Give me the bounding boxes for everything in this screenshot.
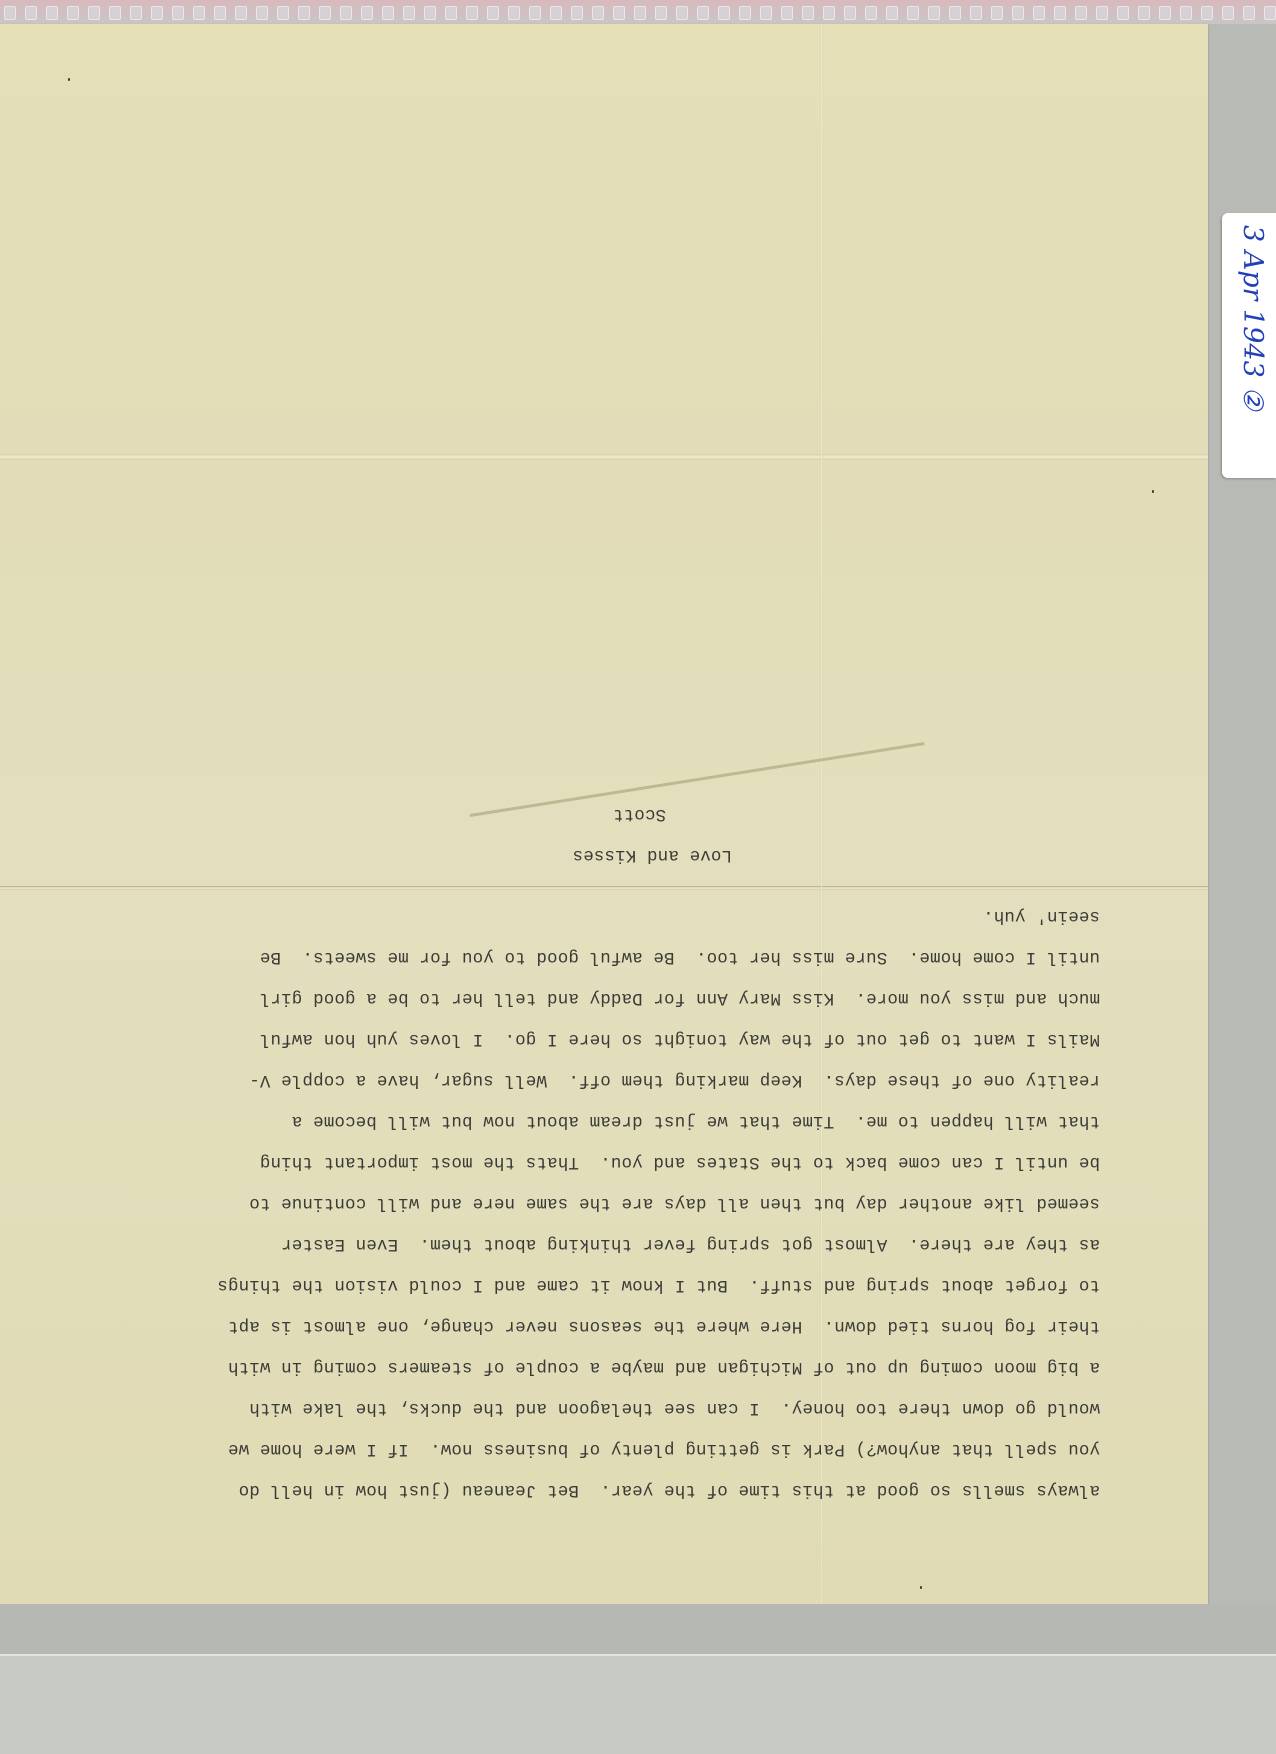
perforation-hole	[844, 6, 856, 20]
perforation-hole	[970, 6, 982, 20]
perforation-hole	[487, 6, 499, 20]
perforation-hole	[193, 6, 205, 20]
sleeve-perforations	[0, 6, 1276, 20]
letter-text-block: always smells so good at this time of th…	[88, 770, 1100, 1510]
letter-signature: Scott	[88, 793, 1100, 834]
letter-line: reality one of these days. Keep marking …	[88, 1059, 1100, 1100]
letter-line: to forget about spring and stuff. But I …	[88, 1264, 1100, 1305]
perforation-hole	[907, 6, 919, 20]
letter-line: a big moon coming up out of Michigan and…	[88, 1346, 1100, 1387]
sleeve-top-edge	[0, 0, 1276, 26]
perforation-hole	[445, 6, 457, 20]
perforation-hole	[1117, 6, 1129, 20]
perforation-hole	[298, 6, 310, 20]
sleeve-bottom-strip	[0, 1604, 1276, 1656]
perforation-hole	[718, 6, 730, 20]
archive-date-text: 3 Apr 1943 ②	[1237, 225, 1268, 411]
perforation-hole	[88, 6, 100, 20]
perforation-hole	[277, 6, 289, 20]
letter-line: seemed like another day but then all day…	[88, 1182, 1100, 1223]
perforation-hole	[592, 6, 604, 20]
letter-closing: Love and Kisses	[88, 834, 1100, 875]
perforation-hole	[25, 6, 37, 20]
perforation-hole	[886, 6, 898, 20]
perforation-hole	[529, 6, 541, 20]
perforation-hole	[949, 6, 961, 20]
perforation-hole	[151, 6, 163, 20]
perforation-hole	[991, 6, 1003, 20]
ink-speck	[68, 78, 70, 81]
letter-line: much and miss you more. Kiss Mary Ann fo…	[88, 977, 1100, 1018]
perforation-hole	[130, 6, 142, 20]
perforation-hole	[235, 6, 247, 20]
perforation-hole	[550, 6, 562, 20]
archive-date-label: 3 Apr 1943 ②	[1222, 213, 1276, 478]
perforation-hole	[823, 6, 835, 20]
perforation-hole	[802, 6, 814, 20]
perforation-hole	[361, 6, 373, 20]
perforation-hole	[319, 6, 331, 20]
perforation-hole	[865, 6, 877, 20]
perforation-hole	[676, 6, 688, 20]
perforation-hole	[1159, 6, 1171, 20]
perforation-hole	[67, 6, 79, 20]
perforation-hole	[1054, 6, 1066, 20]
letter-line: until I come home. Sure miss her too. Be…	[88, 936, 1100, 977]
perforation-hole	[739, 6, 751, 20]
sleeve-bottom-margin	[0, 1656, 1276, 1754]
ink-speck	[920, 1586, 922, 1589]
perforation-hole	[1096, 6, 1108, 20]
perforation-hole	[424, 6, 436, 20]
perforation-hole	[781, 6, 793, 20]
letter-line: as they are there. Almost got spring fev…	[88, 1223, 1100, 1264]
fold-line-horizontal	[0, 454, 1208, 460]
letter-line: be until I can come back to the States a…	[88, 1141, 1100, 1182]
perforation-hole	[4, 6, 16, 20]
perforation-hole	[1201, 6, 1213, 20]
perforation-hole	[634, 6, 646, 20]
perforation-hole	[1264, 6, 1276, 20]
letter-line: would go down there too honey. I can see…	[88, 1387, 1100, 1428]
perforation-hole	[571, 6, 583, 20]
perforation-hole	[382, 6, 394, 20]
perforation-hole	[1138, 6, 1150, 20]
perforation-hole	[655, 6, 667, 20]
perforation-hole	[1075, 6, 1087, 20]
perforation-hole	[1243, 6, 1255, 20]
perforation-hole	[256, 6, 268, 20]
perforation-hole	[46, 6, 58, 20]
letter-line: Mails I want to get out of the way tonig…	[88, 1018, 1100, 1059]
perforation-hole	[340, 6, 352, 20]
ink-speck	[1152, 490, 1154, 493]
perforation-hole	[760, 6, 772, 20]
perforation-hole	[1012, 6, 1024, 20]
perforation-hole	[508, 6, 520, 20]
letter-line: you spell that anyhow?) Park is getting …	[88, 1428, 1100, 1469]
perforation-hole	[697, 6, 709, 20]
letter-line: seein' yuh.	[88, 895, 1100, 936]
perforation-hole	[172, 6, 184, 20]
perforation-hole	[403, 6, 415, 20]
perforation-hole	[1180, 6, 1192, 20]
perforation-hole	[466, 6, 478, 20]
perforation-hole	[613, 6, 625, 20]
perforation-hole	[1222, 6, 1234, 20]
letter-line: their fog horns tied down. Here where th…	[88, 1305, 1100, 1346]
letter-line: that will happen to me. Time that we jus…	[88, 1100, 1100, 1141]
perforation-hole	[214, 6, 226, 20]
letter-line: always smells so good at this time of th…	[88, 1469, 1100, 1510]
perforation-hole	[109, 6, 121, 20]
perforation-hole	[1033, 6, 1045, 20]
perforation-hole	[928, 6, 940, 20]
